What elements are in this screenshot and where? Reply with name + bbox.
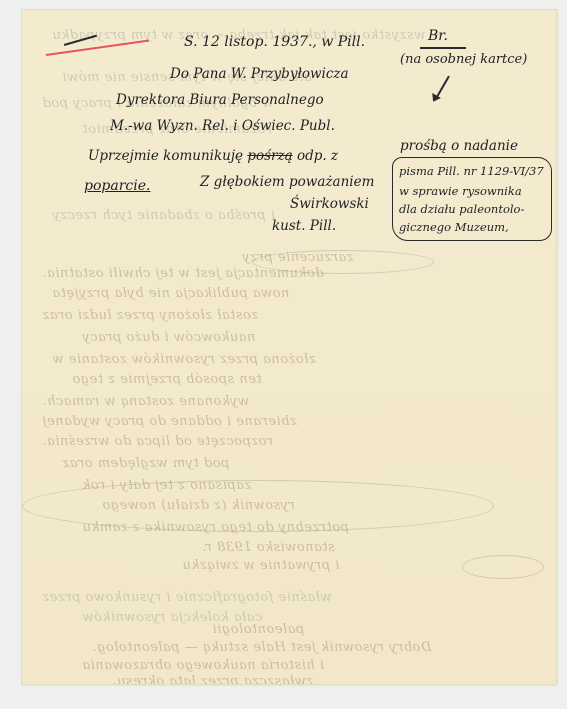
- addressee-line-1: Do Pana W. Przybyłowicza: [170, 66, 349, 82]
- date-line: S. 12 listop. 1937., w Pill.: [184, 34, 365, 50]
- boxed-note-line-4: gicznego Muzeum,: [399, 220, 509, 234]
- body-line-1-start: Uprzejmie komunikuję: [88, 148, 243, 164]
- body-line-2-start: poparcie.: [84, 178, 150, 194]
- boxed-note-line-3: dla działu paleontolo-: [399, 202, 524, 216]
- addressee-line-2: Dyrektora Biura Personalnego: [116, 92, 324, 108]
- boxed-note: pisma Pill. nr 1129-VI/37 w sprawie ryso…: [392, 157, 552, 241]
- boxed-note-line-1: pisma Pill. nr 1129-VI/37: [399, 164, 544, 178]
- addressee-line-3: M.-wa Wyzn. Rel. i Oświec. Publ.: [110, 118, 335, 134]
- body-line-1: Uprzejmie komunikuję pośrzą odp. z: [88, 148, 338, 164]
- struck-word: pośrzą: [247, 148, 292, 164]
- letter-paper: ~ wszystko jest tak jak trzeba ~ oraz w …: [22, 10, 556, 684]
- signature: Świrkowski: [290, 196, 369, 212]
- body-line-1-end: odp. z: [297, 148, 338, 164]
- bleed-through-layer: ~ wszystko jest tak jak trzeba ~ oraz w …: [22, 10, 556, 684]
- reference-mark: Br.: [428, 28, 448, 44]
- closing-phrase: Z głębokiem poważaniem: [200, 174, 374, 190]
- reference-underline: [420, 47, 466, 49]
- boxed-note-line-2: w sprawie rysownika: [399, 184, 522, 198]
- body-line-1-continuation: prośbą o nadanie: [400, 138, 518, 154]
- side-note: (na osobnej kartce): [400, 52, 527, 67]
- signature-title: kust. Pill.: [272, 218, 336, 234]
